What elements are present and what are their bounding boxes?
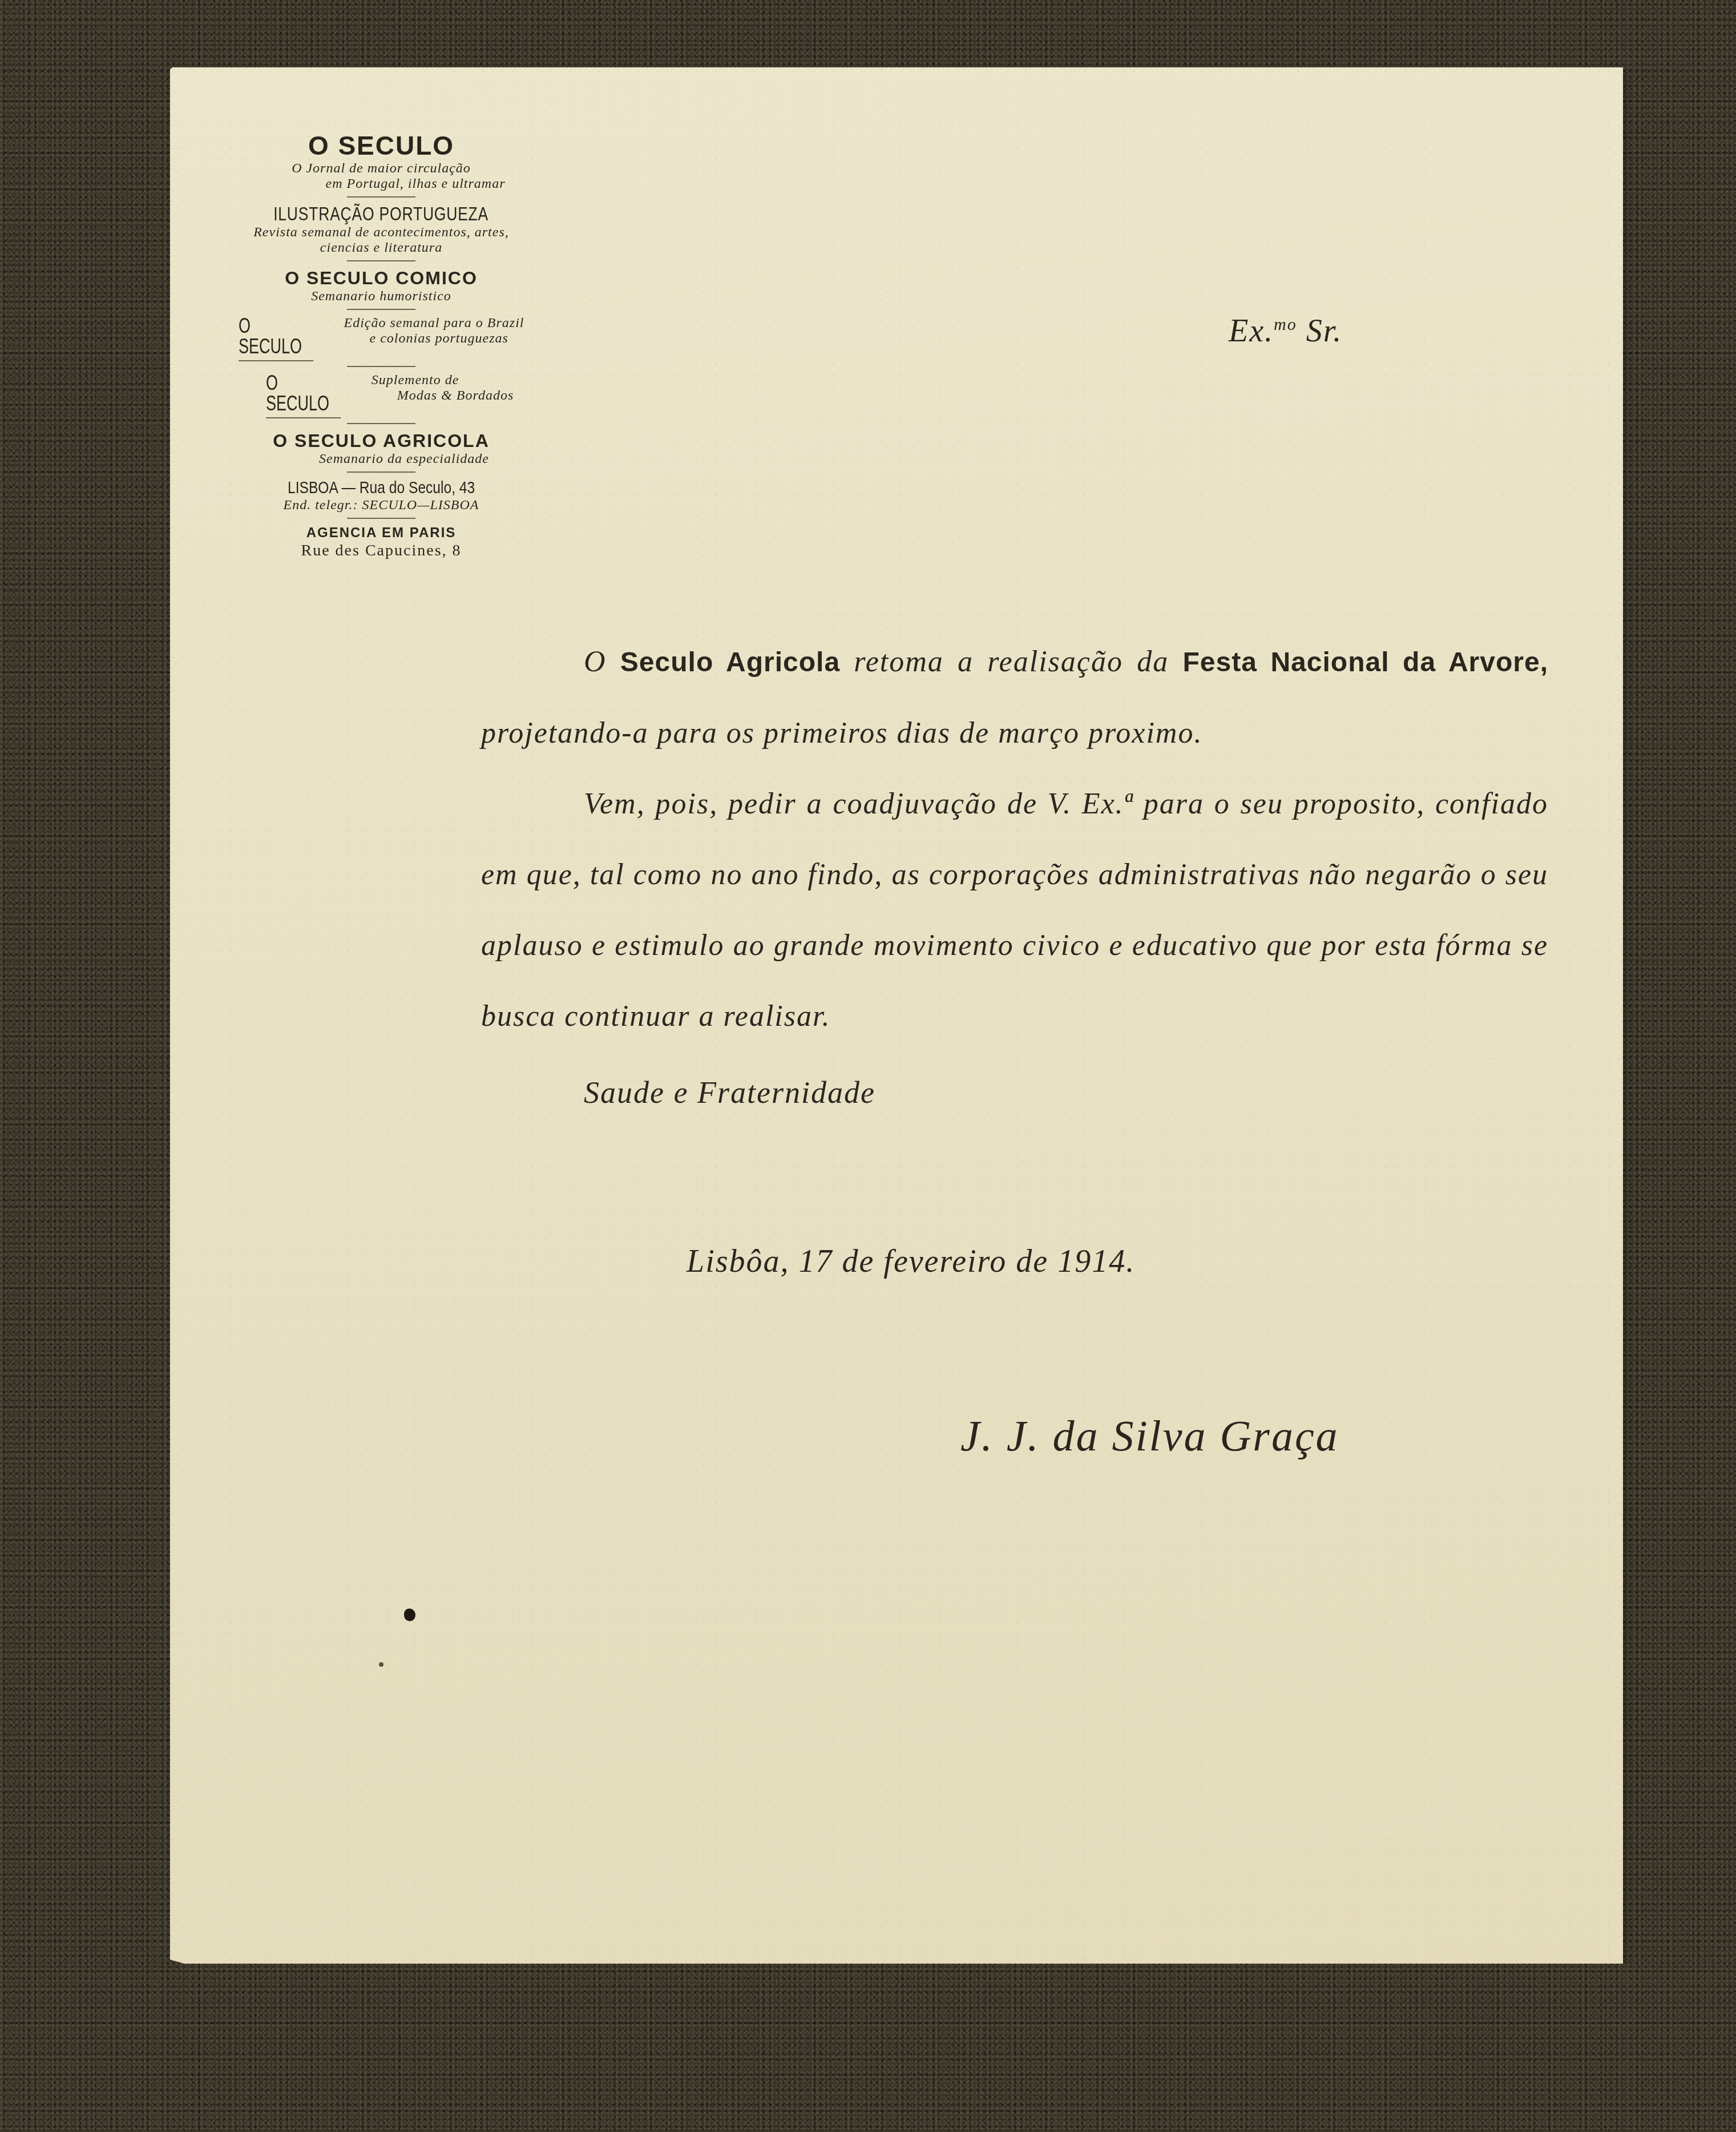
letterhead-address-city: LISBOA — [288, 478, 338, 497]
letterhead-brazil-subtitle: Edição semanal para o Brazil e colonias … — [344, 316, 524, 346]
letterhead-agricola-title: O SECULO AGRICOLA — [227, 430, 535, 452]
salutation-prefix: Ex. — [1229, 313, 1274, 349]
divider — [347, 518, 415, 519]
letterhead-brazil-row: O SECULO Edição semanal para o Brazil e … — [227, 316, 535, 361]
letter-body: O Seculo Agricola retoma a realisação da… — [481, 627, 1548, 1052]
divider — [347, 366, 415, 367]
letterhead-comico-title: O SECULO COMICO — [227, 267, 535, 289]
letterhead-brazil-subtitle-1: Edição semanal para o Brazil — [344, 316, 524, 331]
drop-initial: O — [584, 646, 620, 678]
festival-name: Festa Nacional da Arvore, — [1182, 647, 1548, 678]
letterhead-modas-title: O SECULO — [266, 373, 341, 418]
salutation: Ex.mo Sr. — [1229, 313, 1342, 349]
paragraph-1-text-b: projetando-a para os primeiros dias de m… — [481, 717, 1202, 749]
divider — [347, 423, 415, 424]
letter-paper: O SECULO O Jornal de maior circulação em… — [170, 67, 1623, 1964]
letterhead-paris-agency-title: AGENCIA EM PARIS — [227, 525, 535, 542]
letterhead-telegraph: End. telegr.: SECULO—LISBOA — [227, 498, 535, 513]
paragraph-1-text-a: retoma a realisação da — [840, 646, 1182, 678]
letterhead-main-subtitle-1: O Jornal de maior circulação — [227, 161, 535, 176]
divider — [347, 309, 415, 310]
salutation-superscript: mo — [1274, 315, 1297, 334]
publication-name: Seculo Agricola — [620, 647, 840, 678]
letterhead-comico-subtitle: Semanario humoristico — [227, 289, 535, 304]
letterhead-main-title: O SECULO — [227, 130, 535, 161]
signature: J. J. da Silva Graça — [960, 1412, 1339, 1461]
letterhead-address-street: — Rua do Seculo, 43 — [341, 478, 475, 497]
letterhead: O SECULO O Jornal de maior circulação em… — [227, 130, 535, 560]
letterhead-modas-subtitle-1: Suplemento de — [372, 373, 514, 388]
letterhead-main-subtitle-2: em Portugal, ilhas e ultramar — [227, 176, 535, 192]
letterhead-agricola-subtitle: Semanario da especialidade — [227, 452, 535, 467]
letterhead-ilustracao-title: ILUSTRAÇÃO PORTUGUEZA — [274, 203, 489, 225]
letterhead-modas-row: O SECULO Suplemento de Modas & Bordados — [227, 373, 535, 418]
letterhead-ilustracao-subtitle-2: ciencias e literatura — [227, 240, 535, 256]
letterhead-modas-subtitle: Suplemento de Modas & Bordados — [372, 373, 514, 404]
ink-speck — [379, 1662, 383, 1667]
letterhead-address: LISBOA — Rua do Seculo, 43 — [227, 478, 535, 498]
letterhead-brazil-subtitle-2: e colonias portuguezas — [344, 331, 524, 346]
letterhead-paris-agency-address: Rue des Capucines, 8 — [227, 542, 535, 560]
letterhead-brazil-title: O SECULO — [239, 316, 313, 361]
salutation-suffix: Sr. — [1297, 313, 1343, 349]
closing: Saude e Fraternidade — [584, 1075, 875, 1110]
paragraph-2: Vem, pois, pedir a coadjuvação de V. Ex.… — [481, 769, 1548, 1052]
paragraph-1: O Seculo Agricola retoma a realisação da… — [481, 627, 1548, 769]
dateline: Lisbôa, 17 de fevereiro de 1914. — [687, 1243, 1135, 1280]
letterhead-ilustracao-subtitle-1: Revista semanal de acontecimentos, artes… — [227, 225, 535, 240]
divider — [347, 196, 415, 198]
letterhead-modas-subtitle-2: Modas & Bordados — [372, 388, 514, 404]
ink-blot — [404, 1609, 415, 1621]
divider — [347, 260, 415, 261]
divider — [347, 471, 415, 473]
